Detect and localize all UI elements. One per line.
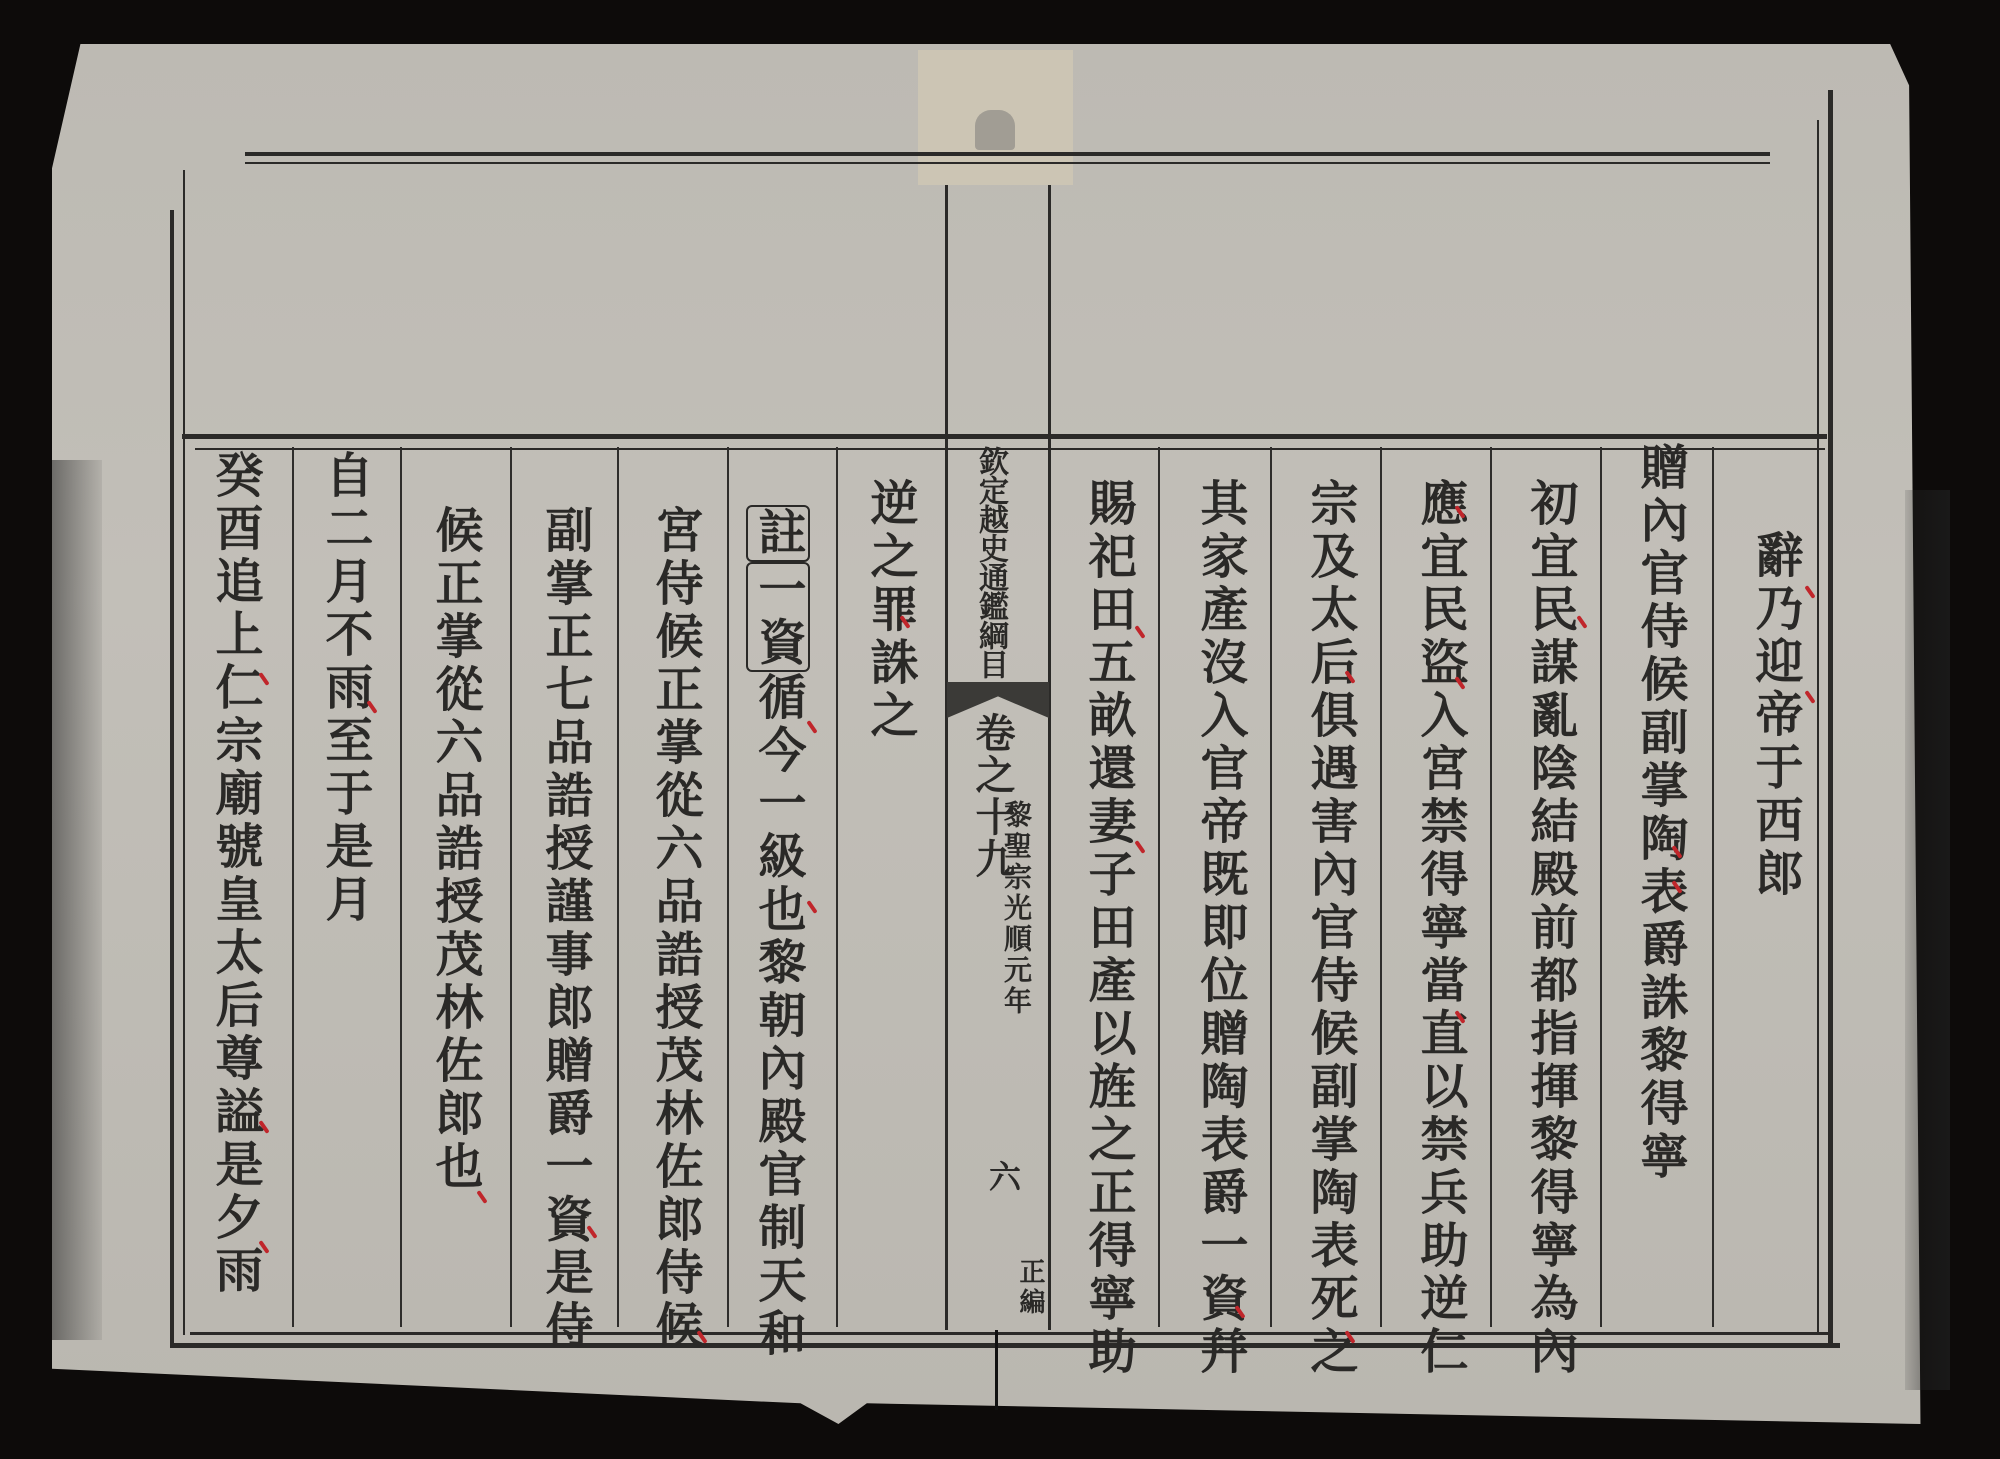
text-column-14: 癸酉追上仁宗廟號皇太后尊謚是夕雨 [205,450,265,1298]
text-column-4: 應宜民盜入宮禁得寧當直以禁兵助逆仁 [1410,478,1470,1379]
bottom-border-inner [190,1332,1830,1335]
ink-smudge-left [52,460,102,1340]
column-divider [836,447,838,1327]
left-border-outer [170,210,174,1348]
column-divider [1600,447,1602,1327]
text-column-11: 副掌正七品誥授謹事郎贈爵一資是侍 [535,505,595,1353]
bottom-border-outer [170,1343,1840,1348]
column-divider [400,447,402,1327]
column-divider [510,447,512,1327]
column-divider [1270,447,1272,1327]
text-column-5: 宗及太后俱遇害內官侍候副掌陶表死之 [1300,478,1360,1379]
column-divider [292,447,294,1327]
column-divider [1490,447,1492,1327]
text-column-1: 辭乃迎帝于西郎 [1745,530,1805,901]
text-column-13: 自二月不雨至于是月 [315,450,375,927]
column-divider [727,447,729,1327]
center-line-right [1048,185,1051,1330]
left-border-inner [183,170,185,1335]
note-text-box: 一資 [746,562,810,672]
document-page: 辭乃迎帝于西郎 贈內官侍候副掌陶表爵誅黎得寧 初宜民謀亂陰結殿前都指揮黎得寧為內… [0,0,2000,1459]
text-column-3: 初宜民謀亂陰結殿前都指揮黎得寧為內 [1520,478,1580,1379]
center-fold-tear [995,1330,998,1410]
text-column-2: 贈內官侍候副掌陶表爵誅黎得寧 [1630,442,1690,1184]
reign-label: 黎聖宗光順元年 [1000,800,1032,1017]
center-line-left [945,185,948,1330]
column-divider [1712,447,1714,1327]
book-title: 欽定越史通鑑綱目 [965,446,1015,678]
ink-smudge-right [1905,490,1950,1390]
text-column-6: 其家產沒入官帝既即位贈陶表爵一資幷 [1190,478,1250,1379]
section-label: 正編 [1015,1258,1045,1318]
text-column-8: 逆之罪誅之 [860,478,920,743]
text-column-12: 候正掌從六品誥授茂林佐郎也 [425,505,485,1194]
note-body: 循今一級也黎朝內殿官制天和 [750,672,806,1361]
column-divider [1158,447,1160,1327]
page-number: 六 [985,1160,1021,1192]
column-divider [617,447,619,1327]
text-column-7: 賜祀田五畝還妻子田產以旌之正得寧助 [1078,478,1138,1379]
header-divider [182,434,1827,439]
right-border-outer [1828,90,1833,1348]
note-label-box: 註 [746,505,810,562]
column-divider [1380,447,1382,1327]
text-column-9: 註一資循今一級也黎朝內殿官制天和 [750,505,810,1361]
fishtail-top-mark [975,110,1015,150]
top-border-outer [245,152,1770,156]
text-column-10: 宮侍候正掌從六品誥授茂林佐郎侍候 [645,505,705,1353]
top-border-inner [245,162,1770,164]
right-border-inner [1817,120,1819,1335]
